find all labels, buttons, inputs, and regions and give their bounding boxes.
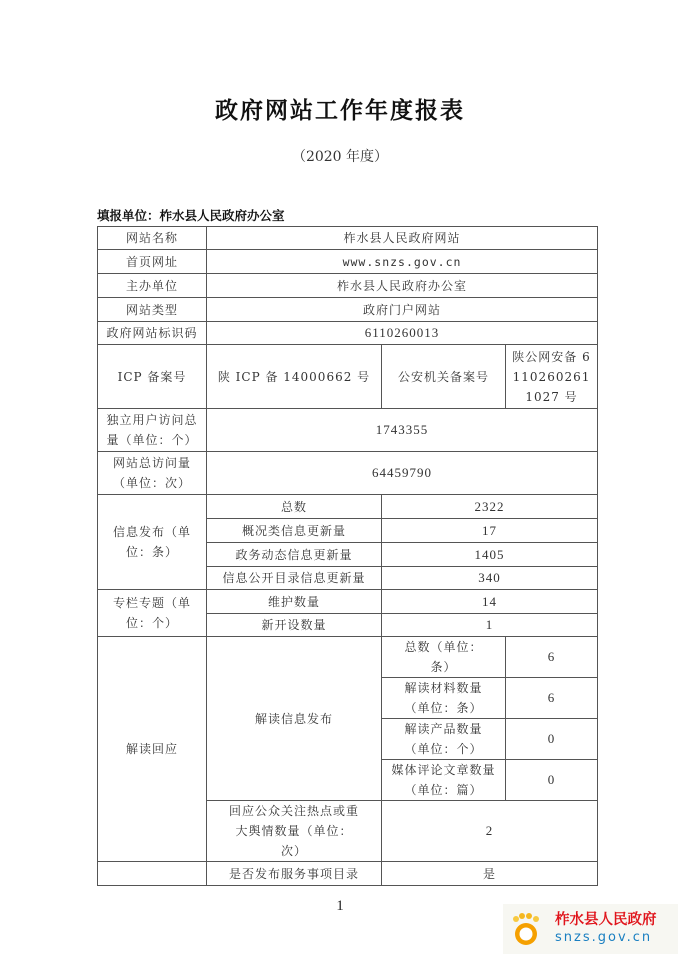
total-visits-value: 64459790 xyxy=(207,452,598,495)
site-name-value: 柞水县人民政府网站 xyxy=(207,227,598,250)
sponsor-value: 柞水县人民政府办公室 xyxy=(207,274,598,298)
interpretation-row-value: 0 xyxy=(506,719,598,760)
homepage-url-label: 首页网址 xyxy=(98,250,207,274)
report-year: （2020 年度） xyxy=(0,146,680,166)
info-release-row-label: 政务动态信息更新量 xyxy=(207,543,382,567)
logo-name: 柞水县人民政府 xyxy=(555,911,657,929)
table-row: 网站类型 政府门户网站 xyxy=(98,298,598,322)
police-record-label: 公安机关备案号 xyxy=(382,345,506,409)
site-type-value: 政府门户网站 xyxy=(207,298,598,322)
table-row: 解读回应 解读信息发布 总数（单位：条） 6 xyxy=(98,637,598,678)
info-release-row-value: 1405 xyxy=(382,543,598,567)
sponsor-label: 主办单位 xyxy=(98,274,207,298)
site-logo: 柞水县人民政府 snzs.gov.cn xyxy=(503,904,678,954)
special-columns-row-value: 1 xyxy=(382,614,598,637)
filler-unit: 填报单位：柞水县人民政府办公室 xyxy=(97,206,285,224)
total-visits-label: 网站总访问量（单位：次） xyxy=(98,452,207,495)
table-row: 独立用户访问总量（单位：个） 1743355 xyxy=(98,409,598,452)
report-table: 网站名称 柞水县人民政府网站 首页网址 www.snzs.gov.cn 主办单位… xyxy=(97,226,598,886)
info-release-row-label: 总数 xyxy=(207,495,382,519)
site-type-label: 网站类型 xyxy=(98,298,207,322)
interpretation-release-label: 解读信息发布 xyxy=(207,637,382,801)
interpretation-row-label: 总数（单位：条） xyxy=(382,637,506,678)
hotspot-label: 回应公众关注热点或重大舆情数量（单位：次） xyxy=(207,801,382,862)
table-row: 政府网站标识码 6110260013 xyxy=(98,322,598,345)
table-row: ICP 备案号 陕 ICP 备 14000662 号 公安机关备案号 陕公网安备… xyxy=(98,345,598,409)
icp-value: 陕 ICP 备 14000662 号 xyxy=(207,345,382,409)
table-row: 网站名称 柞水县人民政府网站 xyxy=(98,227,598,250)
hotspot-value: 2 xyxy=(382,801,598,862)
info-release-row-value: 17 xyxy=(382,519,598,543)
logo-url: snzs.gov.cn xyxy=(555,929,657,947)
service-catalog-value: 是 xyxy=(382,862,598,886)
interpretation-row-value: 6 xyxy=(506,637,598,678)
unique-visitors-label: 独立用户访问总量（单位：个） xyxy=(98,409,207,452)
info-release-row-label: 信息公开目录信息更新量 xyxy=(207,567,382,590)
special-columns-row-value: 14 xyxy=(382,590,598,614)
info-release-row-value: 2322 xyxy=(382,495,598,519)
interpretation-label: 解读回应 xyxy=(98,637,207,862)
special-columns-row-label: 维护数量 xyxy=(207,590,382,614)
info-release-label: 信息发布（单位：条） xyxy=(98,495,207,590)
unique-visitors-value: 1743355 xyxy=(207,409,598,452)
table-row: 首页网址 www.snzs.gov.cn xyxy=(98,250,598,274)
paw-logo-icon xyxy=(507,909,547,949)
site-id-code-value: 6110260013 xyxy=(207,322,598,345)
info-release-row-value: 340 xyxy=(382,567,598,590)
special-columns-label: 专栏专题（单位：个） xyxy=(98,590,207,637)
service-catalog-label: 是否发布服务事项目录 xyxy=(207,862,382,886)
empty-cell xyxy=(98,862,207,886)
table-row: 是否发布服务事项目录 是 xyxy=(98,862,598,886)
icp-label: ICP 备案号 xyxy=(98,345,207,409)
police-record-value: 陕公网安备 61102602611027 号 xyxy=(506,345,598,409)
info-release-row-label: 概况类信息更新量 xyxy=(207,519,382,543)
table-row: 网站总访问量（单位：次） 64459790 xyxy=(98,452,598,495)
interpretation-row-value: 0 xyxy=(506,760,598,801)
interpretation-row-value: 6 xyxy=(506,678,598,719)
special-columns-row-label: 新开设数量 xyxy=(207,614,382,637)
homepage-url-value: www.snzs.gov.cn xyxy=(207,250,598,274)
interpretation-row-label: 解读产品数量（单位：个） xyxy=(382,719,506,760)
table-row: 主办单位 柞水县人民政府办公室 xyxy=(98,274,598,298)
site-name-label: 网站名称 xyxy=(98,227,207,250)
site-id-code-label: 政府网站标识码 xyxy=(98,322,207,345)
interpretation-row-label: 媒体评论文章数量（单位：篇） xyxy=(382,760,506,801)
table-row: 信息发布（单位：条） 总数 2322 xyxy=(98,495,598,519)
table-row: 专栏专题（单位：个） 维护数量 14 xyxy=(98,590,598,614)
interpretation-row-label: 解读材料数量（单位：条） xyxy=(382,678,506,719)
page-title: 政府网站工作年度报表 xyxy=(0,92,680,125)
